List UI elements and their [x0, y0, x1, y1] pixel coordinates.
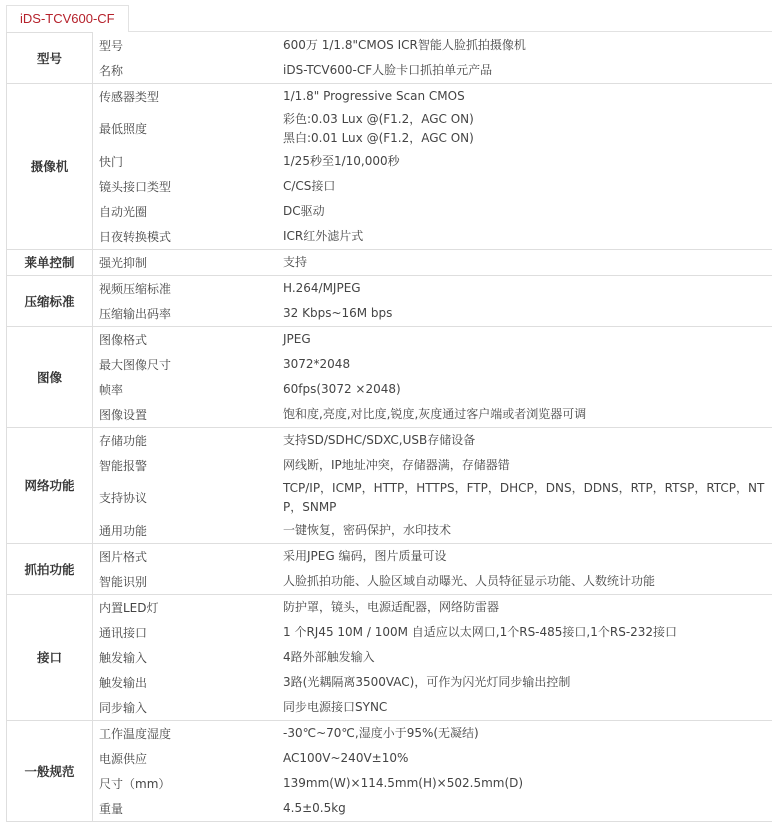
spec-value: 饱和度,亮度,对比度,锐度,灰度通过客户端或者浏览器可调	[282, 402, 772, 428]
spec-label: 传感器类型	[93, 83, 283, 109]
spec-label: 内置LED灯	[93, 594, 283, 620]
spec-value: AC100V~240V±10%	[282, 746, 772, 771]
spec-value-line: 黑白:0.01 Lux @(F1.2，AGC ON)	[283, 129, 766, 148]
spec-value: 600万 1/1.8"CMOS ICR智能人脸抓拍摄像机	[282, 33, 772, 58]
category-cell: 图像	[7, 326, 93, 427]
spec-value: H.264/MJPEG	[282, 275, 772, 301]
spec-value: 139mm(W)×114.5mm(H)×502.5mm(D)	[282, 771, 772, 796]
spec-value: -30℃~70℃,湿度小于95%(无凝结)	[282, 720, 772, 746]
category-cell: 摄像机	[7, 83, 93, 249]
category-cell: 抓拍功能	[7, 543, 93, 594]
spec-label: 图片格式	[93, 543, 283, 569]
spec-label: 同步输入	[93, 695, 283, 721]
spec-value: DC驱动	[282, 199, 772, 224]
spec-value: 同步电源接口SYNC	[282, 695, 772, 721]
spec-label: 电源供应	[93, 746, 283, 771]
spec-label: 支持协议	[93, 478, 283, 518]
spec-label: 图像设置	[93, 402, 283, 428]
category-cell: 压缩标准	[7, 275, 93, 326]
spec-label: 智能识别	[93, 569, 283, 595]
spec-label: 快门	[93, 149, 283, 174]
category-cell: 莱单控制	[7, 249, 93, 275]
spec-value: TCP/IP，ICMP，HTTP，HTTPS，FTP，DHCP，DNS，DDNS…	[282, 478, 772, 518]
spec-label: 通用功能	[93, 518, 283, 544]
spec-label: 触发输入	[93, 645, 283, 670]
spec-value: JPEG	[282, 326, 772, 352]
spec-value: 支持SD/SDHC/SDXC,USB存储设备	[282, 427, 772, 453]
spec-label: 自动光圈	[93, 199, 283, 224]
spec-label: 帧率	[93, 377, 283, 402]
spec-value: 1 个RJ45 10M / 100M 自适应以太网口,1个RS-485接口,1个…	[282, 620, 772, 645]
category-cell: 接口	[7, 594, 93, 720]
spec-value: 4路外部触发输入	[282, 645, 772, 670]
spec-value: 人脸抓拍功能、人脸区域自动曝光、人员特征显示功能、人数统计功能	[282, 569, 772, 595]
spec-label: 最大图像尺寸	[93, 352, 283, 377]
spec-value-line: 彩色:0.03 Lux @(F1.2，AGC ON)	[283, 110, 766, 129]
spec-value: C/CS接口	[282, 174, 772, 199]
spec-label: 压缩输出码率	[93, 301, 283, 327]
spec-table: 型号 型号 600万 1/1.8"CMOS ICR智能人脸抓拍摄像机 名称 iD…	[6, 32, 772, 822]
spec-value: 3路(光耦隔离3500VAC)，可作为闪光灯同步输出控制	[282, 670, 772, 695]
tab-product-model[interactable]: iDS-TCV600-CF	[6, 5, 129, 32]
spec-label: 智能报警	[93, 453, 283, 478]
spec-value: 防护罩，镜头，电源适配器，网络防雷器	[282, 594, 772, 620]
spec-label: 工作温度湿度	[93, 720, 283, 746]
spec-value: 1/1.8" Progressive Scan CMOS	[282, 83, 772, 109]
spec-label: 强光抑制	[93, 249, 283, 275]
category-cell: 网络功能	[7, 427, 93, 543]
spec-value: 1/25秒至1/10,000秒	[282, 149, 772, 174]
spec-label: 型号	[93, 33, 283, 58]
tab-bar: iDS-TCV600-CF	[6, 5, 129, 32]
spec-value: 32 Kbps~16M bps	[282, 301, 772, 327]
spec-label: 名称	[93, 58, 283, 84]
spec-value: 彩色:0.03 Lux @(F1.2，AGC ON) 黑白:0.01 Lux @…	[282, 109, 772, 149]
spec-label: 通讯接口	[93, 620, 283, 645]
spec-label: 最低照度	[93, 109, 283, 149]
spec-label: 尺寸（mm）	[93, 771, 283, 796]
spec-value: 采用JPEG 编码，图片质量可设	[282, 543, 772, 569]
spec-value: ICR红外滤片式	[282, 224, 772, 250]
spec-label: 视频压缩标准	[93, 275, 283, 301]
spec-label: 存储功能	[93, 427, 283, 453]
spec-label: 镜头接口类型	[93, 174, 283, 199]
spec-value: 60fps(3072 ×2048)	[282, 377, 772, 402]
spec-value: 支持	[282, 249, 772, 275]
spec-label: 图像格式	[93, 326, 283, 352]
spec-value: 一键恢复，密码保护，水印技术	[282, 518, 772, 544]
spec-label: 触发输出	[93, 670, 283, 695]
spec-value: 4.5±0.5kg	[282, 796, 772, 822]
spec-value: 网线断，IP地址冲突，存储器满，存储器错	[282, 453, 772, 478]
spec-label: 日夜转换模式	[93, 224, 283, 250]
spec-value: 3072*2048	[282, 352, 772, 377]
spec-label: 重量	[93, 796, 283, 822]
spec-value: iDS-TCV600-CF人脸卡口抓拍单元产品	[282, 58, 772, 84]
category-cell: 型号	[7, 33, 93, 84]
category-cell: 一般规范	[7, 720, 93, 821]
